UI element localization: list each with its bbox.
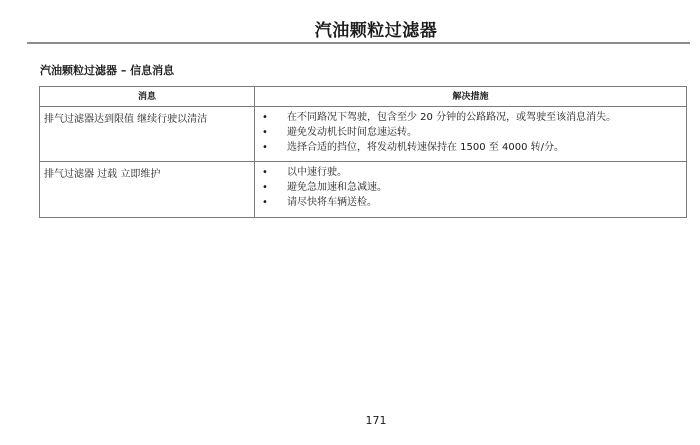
action-list: •在不同路况下驾驶，包含至少 20 分钟的公路路况，或驾驶至该消息消失。 •避免… [259, 110, 682, 155]
action-cell: •在不同路况下驾驶，包含至少 20 分钟的公路路况，或驾驶至该消息消失。 •避免… [255, 107, 687, 162]
table-row: 排气过滤器达到限值 继续行驶以清洁 •在不同路况下驾驶，包含至少 20 分钟的公… [40, 107, 687, 162]
list-item: •避免急加速和急减速。 [259, 180, 682, 195]
list-item: •请尽快将车辆送检。 [259, 195, 682, 210]
bullet-icon: • [262, 110, 268, 125]
list-item: •避免发动机长时间怠速运转。 [259, 125, 682, 140]
page-number: 171 [26, 414, 700, 427]
list-item: •选择合适的挡位，将发动机转速保持在 1500 至 4000 转/分。 [259, 140, 682, 155]
bullet-icon: • [262, 140, 268, 155]
bullet-icon: • [262, 165, 268, 180]
info-messages-table: 消息 解决措施 排气过滤器达到限值 继续行驶以清洁 •在不同路况下驾驶，包含至少… [39, 86, 687, 218]
header-message: 消息 [40, 87, 255, 107]
section-title: 汽油颗粒过滤器 – 信息消息 [40, 62, 174, 78]
header-action: 解决措施 [255, 87, 687, 107]
list-item: •在不同路况下驾驶，包含至少 20 分钟的公路路况，或驾驶至该消息消失。 [259, 110, 682, 125]
table-row: 排气过滤器 过载 立即维护 •以中速行驶。 •避免急加速和急减速。 •请尽快将车… [40, 162, 687, 218]
action-cell: •以中速行驶。 •避免急加速和急减速。 •请尽快将车辆送检。 [255, 162, 687, 218]
title-divider [27, 42, 690, 44]
bullet-icon: • [262, 180, 268, 195]
table-header-row: 消息 解决措施 [40, 87, 687, 107]
page-title: 汽油颗粒过滤器 [26, 16, 700, 41]
message-cell: 排气过滤器 过载 立即维护 [40, 162, 255, 218]
action-list: •以中速行驶。 •避免急加速和急减速。 •请尽快将车辆送检。 [259, 165, 682, 210]
list-item: •以中速行驶。 [259, 165, 682, 180]
bullet-icon: • [262, 125, 268, 140]
bullet-icon: • [262, 195, 268, 210]
message-cell: 排气过滤器达到限值 继续行驶以清洁 [40, 107, 255, 162]
